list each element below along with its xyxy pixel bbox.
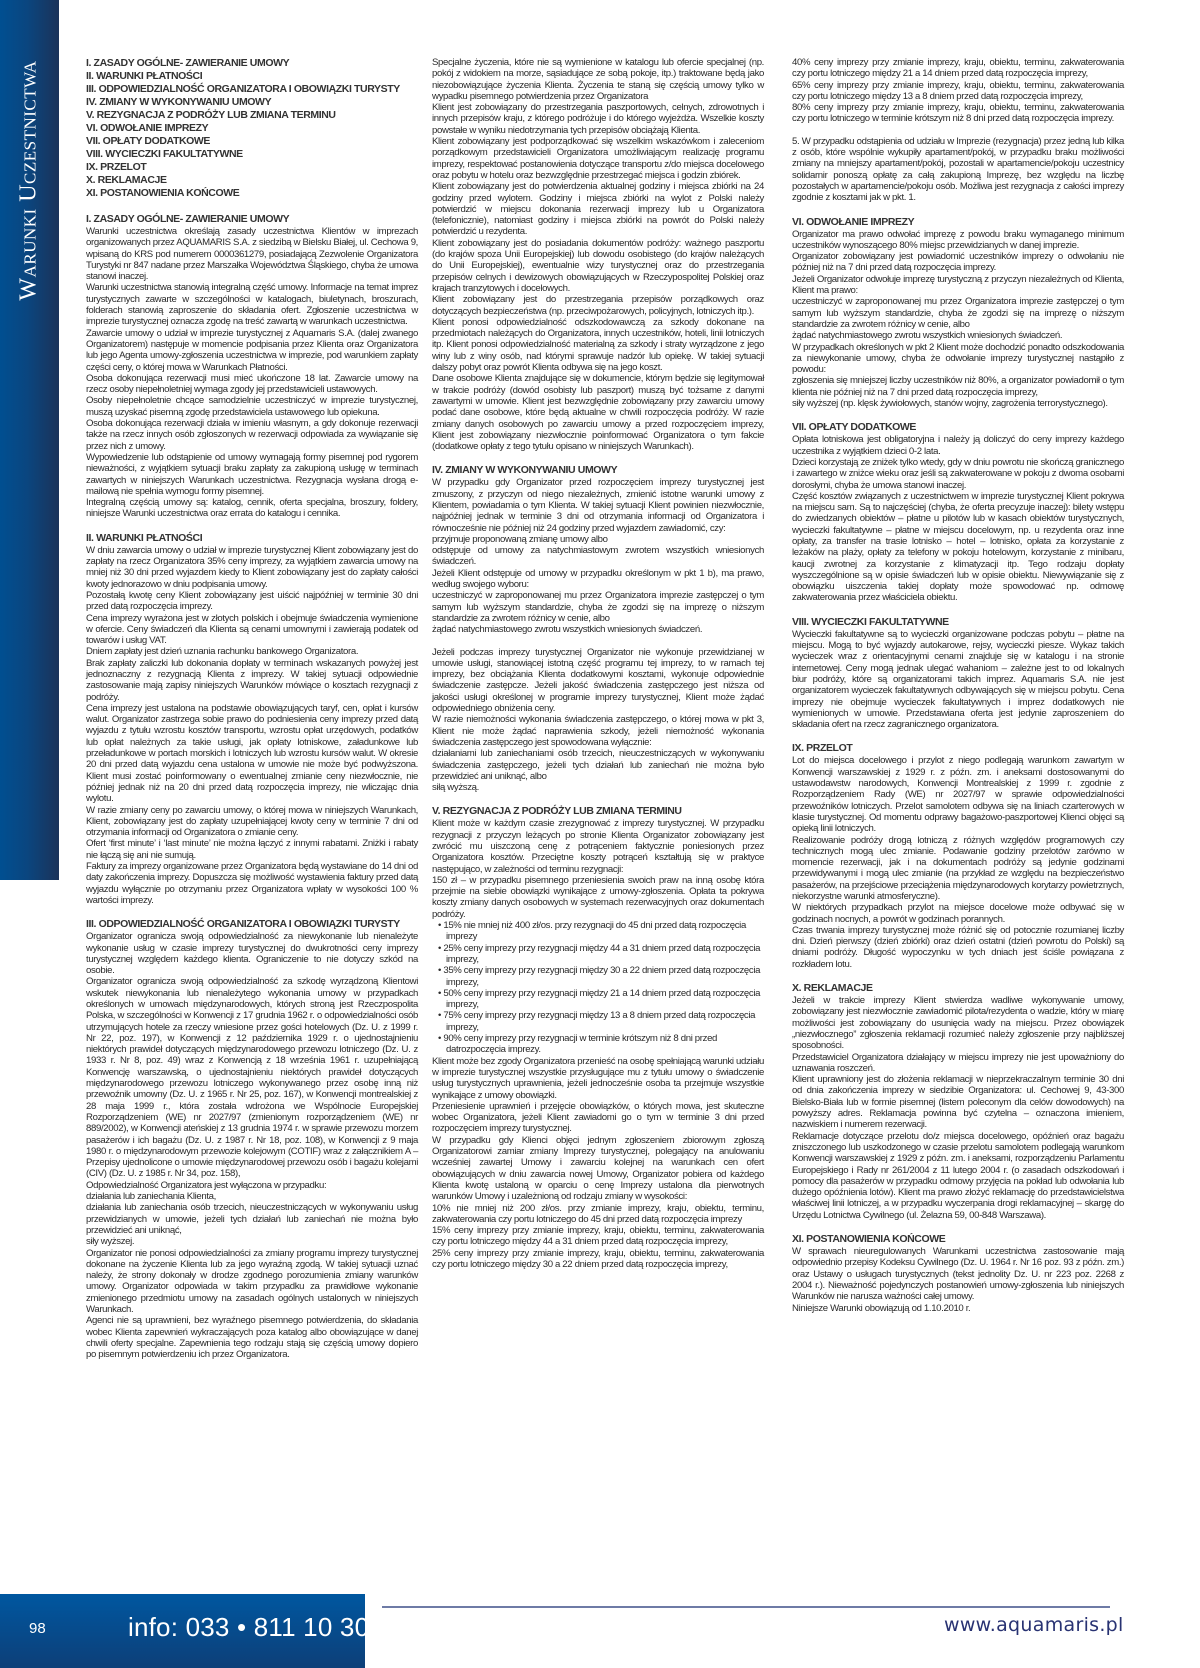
paragraph: Brak zapłaty zaliczki lub dokonania dopł… [86,658,418,703]
page-number: 98 [29,1620,46,1637]
paragraph: Część kosztów związanych z uczestnictwem… [792,491,1124,604]
paragraph: W razie zmiany ceny po zawarciu umowy, o… [86,805,418,839]
section-heading: VIII. WYCIECZKI FAKULTATYWNE [792,616,1124,629]
paragraph: Realizowanie podróży drogą lotniczą z ró… [792,835,1124,903]
section-contract-changes: IV. ZMIANY W WYKONYWANIU UMOWY W przypad… [432,464,764,793]
table-of-contents: I. ZASADY OGÓLNE- ZAWIERANIE UMOWY II. W… [86,57,418,200]
section-organizer-liability: III. ODPOWIEDZIALNOŚĆ ORGANIZATORA I OBO… [86,918,418,1360]
paragraph: Organizator ogranicza swoją odpowiedzial… [86,976,418,1179]
paragraph: siły wyższej (np. klęsk żywiołowych, sta… [792,398,1124,409]
paragraph: Przeniesienie uprawnień i przejęcie obow… [432,1101,764,1135]
section-event-cancellation: VI. ODWOŁANIE IMPREZY Organizator ma pra… [792,216,1124,410]
paragraph: Czas trwania imprezy turystycznej może r… [792,925,1124,970]
section-payment-terms: II. WARUNKI PŁATNOŚCI W dniu zawarcia um… [86,532,418,907]
paragraph: Cena imprezy wyrażona jest w złotych pol… [86,613,418,647]
sidebar-title: Warunki Uczestnictwa [0,0,59,360]
paragraph: 80% ceny imprezy przy zmianie imprezy, k… [792,102,1124,125]
paragraph: Klient może bez zgody Organizatora przen… [432,1056,764,1101]
toc-item: V. REZYGNACJA Z PODRÓŻY LUB ZMIANA TERMI… [86,109,418,122]
paragraph: 15% ceny imprezy przy zmianie imprezy, k… [432,1225,764,1248]
paragraph: Osoba dokonująca rezerwacji działa w imi… [86,418,418,452]
toc-item: IV. ZMIANY W WYKONYWANIU UMOWY [86,96,418,109]
paragraph: Wypowiedzenie lub odstąpienie od umowy w… [86,452,418,497]
toc-item: VII. OPŁATY DODATKOWE [86,135,418,148]
spacer [432,636,764,647]
section-cancellation: V. REZYGNACJA Z PODRÓŻY LUB ZMIANA TERMI… [432,805,764,1270]
section-heading: XI. POSTANOWIENIA KOŃCOWE [792,1233,1124,1246]
paragraph: Pozostałą kwotę ceny Klient zobowiązany … [86,590,418,613]
spacer [792,125,1124,136]
paragraph: Odpowiedzialność Organizatora jest wyłąc… [86,1180,418,1191]
paragraph: Cena imprezy jest ustalona na podstawie … [86,703,418,805]
paragraph: działaniami lub zaniechaniami osób trzec… [432,748,764,782]
paragraph: Osoby niepełnoletnie chcące samodzielnie… [86,395,418,418]
paragraph: 40% ceny imprezy przy zmianie imprezy, k… [792,57,1124,80]
paragraph: Integralną częścią umowy są: katalog, ce… [86,497,418,520]
section-heading: X. REKLAMACJE [792,982,1124,995]
paragraph: Klient zobowiązany jest do przestrzegani… [432,294,764,317]
toc-item: I. ZASADY OGÓLNE- ZAWIERANIE UMOWY [86,57,418,70]
paragraph: Lot do miejsca docelowego i przylot z ni… [792,755,1124,834]
fee-list-item: • 35% ceny imprezy przy rezygnacji międz… [432,965,764,988]
website-link[interactable]: www.aquamaris.pl [944,1614,1124,1636]
fee-list-item: • 50% ceny imprezy przy rezygnacji międz… [432,988,764,1011]
paragraph: uczestniczyć w zaproponowanej mu przez O… [792,296,1124,330]
paragraph: 5. W przypadku odstąpienia od udziału w … [792,136,1124,204]
paragraph: odstępuje od umowy za natychmiastowym zw… [432,545,764,568]
column-1: I. ZASADY OGÓLNE- ZAWIERANIE UMOWY II. W… [86,57,418,1361]
paragraph: W dniu zawarcia umowy o udział w imprezi… [86,545,418,590]
paragraph: Jeżeli podczas imprezy turystycznej Orga… [432,647,764,715]
paragraph: 25% ceny imprezy przy zmianie imprezy, k… [432,1248,764,1271]
fee-list-item: • 15% nie mniej niż 400 zł/os. przy rezy… [432,920,764,943]
paragraph: Organizator ogranicza swoją odpowiedzial… [86,931,418,976]
paragraph: W przypadku gdy Organizator przed rozpoc… [432,477,764,533]
paragraph: Dzieci korzystają ze zniżek tylko wtedy,… [792,457,1124,491]
section-complaints: X. REKLAMACJE Jeżeli w trakcie imprezy K… [792,982,1124,1221]
paragraph: 10% nie mniej niż 200 zł/os. przy zmiani… [432,1203,764,1226]
section-heading: IV. ZMIANY W WYKONYWANIU UMOWY [432,464,764,477]
toc-item: VI. ODWOŁANIE IMPREZY [86,122,418,135]
paragraph: W razie niemożności wykonania świadczeni… [432,714,764,748]
paragraph: zgłoszenia się mniejszej liczby uczestni… [792,375,1124,398]
section-heading: I. ZASADY OGÓLNE- ZAWIERANIE UMOWY [86,213,418,226]
section-flight: IX. PRZELOT Lot do miejsca docelowego i … [792,742,1124,970]
paragraph: żądać natychmiastowego zwrotu wszystkich… [432,624,764,635]
contact-phone: info: 033 • 811 10 30 [128,1612,369,1643]
section-final-provisions: XI. POSTANOWIENIA KOŃCOWE W sprawach nie… [792,1233,1124,1314]
paragraph: Klient zobowiązany jest do potwierdzenia… [432,181,764,237]
section-heading: VI. ODWOŁANIE IMPREZY [792,216,1124,229]
paragraph: Klient ponosi odpowiedzialność odszkodow… [432,317,764,373]
section-heading: V. REZYGNACJA Z PODRÓŻY LUB ZMIANA TERMI… [432,805,764,818]
paragraph: Klient uprawniony jest do złożenia rekla… [792,1074,1124,1130]
paragraph: Klient zobowiązany jest do posiadania do… [432,238,764,294]
fee-list-item: • 90% ceny imprezy przy rezygnacji w ter… [432,1033,764,1056]
paragraph: Osoba dokonująca rezerwacji musi mieć uk… [86,373,418,396]
paragraph: Jeżeli w trakcie imprezy Klient stwierdz… [792,995,1124,1051]
paragraph: W przypadku gdy Klienci objęci jednym zg… [432,1135,764,1203]
paragraph: Zawarcie umowy o udział w imprezie turys… [86,328,418,373]
paragraph: uczestniczyć w zaproponowanej mu przez O… [432,590,764,624]
section-organizer-liability-continued: Specjalne życzenia, które nie są wymieni… [432,57,764,452]
paragraph: siły wyższej. [86,1236,418,1247]
paragraph: Dane osobowe Klienta znajdujące się w do… [432,373,764,452]
paragraph: Faktury za imprezy organizowane przez Or… [86,861,418,906]
section-heading: II. WARUNKI PŁATNOŚCI [86,532,418,545]
toc-item: XI. POSTANOWIENIA KOŃCOWE [86,187,418,200]
sidebar-title-text: Warunki Uczestnictwa [16,60,43,300]
section-general-rules: I. ZASADY OGÓLNE- ZAWIERANIE UMOWY Warun… [86,213,418,520]
paragraph: Organizator ma prawo odwołać imprezę z p… [792,229,1124,252]
section-optional-excursions: VIII. WYCIECZKI FAKULTATYWNE Wycieczki f… [792,616,1124,731]
section-heading: IX. PRZELOT [792,742,1124,755]
section-cancellation-continued: 40% ceny imprezy przy zmianie imprezy, k… [792,57,1124,204]
column-2: Specjalne życzenia, które nie są wymieni… [432,57,764,1270]
paragraph: W niektórych przypadkach przylot na miej… [792,902,1124,925]
paragraph: Reklamacje dotyczące przelotu do/z miejs… [792,1131,1124,1221]
paragraph: Klient może w każdym czasie zrezygnować … [432,818,764,874]
paragraph: Organizator zobowiązany jest powiadomić … [792,251,1124,274]
fee-list-item: • 25% ceny imprezy przy rezygnacji międz… [432,943,764,966]
toc-item: II. WARUNKI PŁATNOŚCI [86,70,418,83]
paragraph: żądać natychmiastowego zwrotu wszystkich… [792,330,1124,341]
paragraph: siłą wyższą. [432,782,764,793]
paragraph: Klient zobowiązany jest podporządkować s… [432,136,764,181]
paragraph: działania lub zaniechania Klienta, [86,1191,418,1202]
paragraph: Opłata lotniskowa jest obligatoryjna i n… [792,434,1124,457]
paragraph: Warunki uczestnictwa stanowią integralną… [86,282,418,327]
paragraph: Niniejsze Warunki obowiązują od 1.10.201… [792,1303,1124,1314]
paragraph: 65% ceny imprezy przy zmianie imprezy, k… [792,80,1124,103]
paragraph: Specjalne życzenia, które nie są wymieni… [432,57,764,102]
section-heading: VII. OPŁATY DODATKOWE [792,421,1124,434]
paragraph: Klient jest zobowiązany do przestrzegani… [432,102,764,136]
paragraph: Warunki uczestnictwa określają zasady uc… [86,226,418,282]
fee-list-item: • 75% ceny imprezy przy rezygnacji międz… [432,1010,764,1033]
paragraph: Agenci nie są uprawnieni, bez wyraźnego … [86,1315,418,1360]
paragraph: Organizator nie ponosi odpowiedzialności… [86,1248,418,1316]
section-additional-fees: VII. OPŁATY DODATKOWE Opłata lotniskowa … [792,421,1124,603]
toc-item: VIII. WYCIECZKI FAKULTATYWNE [86,148,418,161]
toc-item: IX. PRZELOT [86,161,418,174]
paragraph: W sprawach nieuregulowanych Warunkami uc… [792,1246,1124,1302]
toc-item: III. ODPOWIEDZIALNOŚĆ ORGANIZATORA I OBO… [86,83,418,96]
paragraph: Przedstawiciel Organizatora działający w… [792,1052,1124,1075]
paragraph: Jeżeli Organizator odwołuje imprezę tury… [792,274,1124,297]
paragraph: W przypadkach określonych w pkt 2 Klient… [792,342,1124,376]
paragraph: Wycieczki fakultatywne są to wycieczki o… [792,629,1124,731]
paragraph: 150 zł – w przypadku pisemnego przeniesi… [432,875,764,920]
paragraph: działania lub zaniechania osób trzecich,… [86,1202,418,1236]
section-heading: III. ODPOWIEDZIALNOŚĆ ORGANIZATORA I OBO… [86,918,418,931]
paragraph: przyjmuje proponowaną zmianę umowy albo [432,534,764,545]
toc-item: X. REKLAMACJE [86,174,418,187]
column-3: 40% ceny imprezy przy zmianie imprezy, k… [792,57,1124,1314]
footer-divider [382,1606,1110,1608]
paragraph: Ofert ‘first minute’ i ‘last minute’ nie… [86,838,418,861]
paragraph: Jeżeli Klient odstępuje od umowy w przyp… [432,568,764,591]
paragraph: Dniem zapłaty jest dzień uznania rachunk… [86,646,418,657]
